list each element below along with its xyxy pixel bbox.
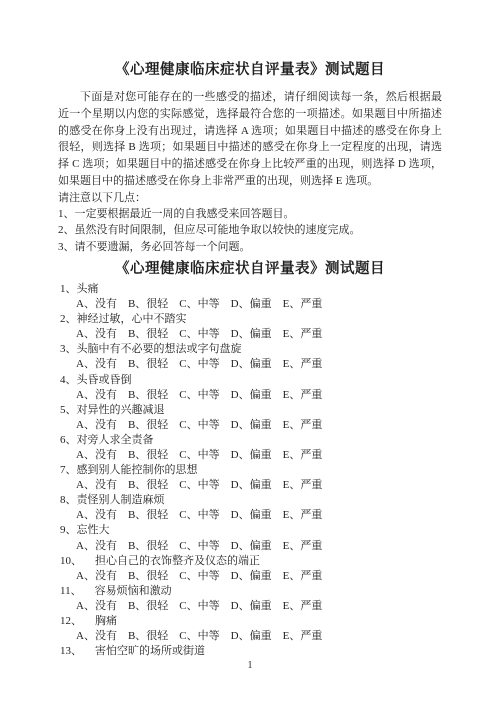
option-a: A、没有 bbox=[76, 630, 117, 642]
question-list: 1、头痛A、没有B、很轻C、中等D、偏重E、严重2、神经过敏，心中不踏实A、没有… bbox=[58, 282, 442, 659]
intro-paragraph: 下面是对您可能存在的一些感受的描述，请仔细阅读每一条，然后根据最近一个星期以内您… bbox=[58, 89, 442, 190]
option-c: C、中等 bbox=[179, 540, 219, 552]
question-item: 11、容易烦恼和激动 bbox=[58, 584, 442, 599]
option-e: E、严重 bbox=[283, 419, 323, 431]
option-a: A、没有 bbox=[76, 479, 117, 491]
option-b: B、很轻 bbox=[128, 570, 168, 582]
question-number: 8、 bbox=[60, 493, 77, 508]
options-row: A、没有B、很轻C、中等D、偏重E、严重 bbox=[58, 418, 442, 433]
option-d: D、偏重 bbox=[231, 540, 272, 552]
question-item: 9、忘性大 bbox=[58, 523, 442, 538]
question-text: 头脑中有不必要的想法或字句盘旋 bbox=[77, 343, 242, 355]
question-text: 头痛 bbox=[77, 283, 99, 295]
option-b: B、很轻 bbox=[128, 328, 168, 340]
option-d: D、偏重 bbox=[231, 509, 272, 521]
option-c: C、中等 bbox=[179, 449, 219, 461]
option-b: B、很轻 bbox=[128, 630, 168, 642]
option-b: B、很轻 bbox=[128, 600, 168, 612]
question-text: 头昏或昏倒 bbox=[77, 374, 132, 386]
option-a: A、没有 bbox=[76, 419, 117, 431]
options-row: A、没有B、很轻C、中等D、偏重E、严重 bbox=[58, 327, 442, 342]
question-item: 12、胸痛 bbox=[58, 614, 442, 629]
option-e: E、严重 bbox=[283, 630, 323, 642]
option-a: A、没有 bbox=[76, 570, 117, 582]
question-number: 6、 bbox=[60, 433, 77, 448]
option-b: B、很轻 bbox=[128, 298, 168, 310]
options-row: A、没有B、很轻C、中等D、偏重E、严重 bbox=[58, 448, 442, 463]
notes-list: 1、一定要根据最近一周的自我感受来回答题目。2、虽然没有时间限制，但应尽可能地争… bbox=[58, 206, 442, 255]
options-row: A、没有B、很轻C、中等D、偏重E、严重 bbox=[58, 599, 442, 614]
question-text: 责怪别人制造麻烦 bbox=[77, 494, 165, 506]
question-text: 胸痛 bbox=[95, 615, 117, 627]
options-row: A、没有B、很轻C、中等D、偏重E、严重 bbox=[58, 388, 442, 403]
option-b: B、很轻 bbox=[128, 479, 168, 491]
question-text: 忘性大 bbox=[77, 524, 110, 536]
option-a: A、没有 bbox=[76, 389, 117, 401]
question-text: 害怕空旷的场所或街道 bbox=[95, 645, 205, 657]
option-b: B、很轻 bbox=[128, 449, 168, 461]
option-a: A、没有 bbox=[76, 449, 117, 461]
option-d: D、偏重 bbox=[231, 600, 272, 612]
question-text: 感到别人能控制你的思想 bbox=[77, 464, 198, 476]
option-e: E、严重 bbox=[283, 358, 323, 370]
question-item: 8、责怪别人制造麻烦 bbox=[58, 493, 442, 508]
question-item: 13、害怕空旷的场所或街道 bbox=[58, 644, 442, 659]
note-item: 2、虽然没有时间限制，但应尽可能地争取以较快的速度完成。 bbox=[58, 222, 442, 238]
question-text: 对异性的兴趣减退 bbox=[77, 404, 165, 416]
options-row: A、没有B、很轻C、中等D、偏重E、严重 bbox=[58, 539, 442, 554]
option-b: B、很轻 bbox=[128, 540, 168, 552]
option-a: A、没有 bbox=[76, 540, 117, 552]
option-d: D、偏重 bbox=[231, 389, 272, 401]
option-c: C、中等 bbox=[179, 358, 219, 370]
option-c: C、中等 bbox=[179, 328, 219, 340]
option-d: D、偏重 bbox=[231, 358, 272, 370]
option-e: E、严重 bbox=[283, 600, 323, 612]
option-a: A、没有 bbox=[76, 298, 117, 310]
option-c: C、中等 bbox=[179, 479, 219, 491]
question-number: 9、 bbox=[60, 523, 77, 538]
question-text: 对旁人求全责备 bbox=[77, 434, 154, 446]
question-number: 12、 bbox=[60, 614, 82, 629]
question-item: 10、担心自己的衣饰整齐及仪态的端正 bbox=[58, 554, 442, 569]
question-item: 4、头昏或昏倒 bbox=[58, 373, 442, 388]
question-item: 2、神经过敏，心中不踏实 bbox=[58, 312, 442, 327]
question-number: 5、 bbox=[60, 403, 77, 418]
option-a: A、没有 bbox=[76, 358, 117, 370]
option-e: E、严重 bbox=[283, 509, 323, 521]
question-item: 1、头痛 bbox=[58, 282, 442, 297]
option-c: C、中等 bbox=[179, 630, 219, 642]
option-b: B、很轻 bbox=[128, 358, 168, 370]
option-e: E、严重 bbox=[283, 298, 323, 310]
question-number: 4、 bbox=[60, 373, 77, 388]
option-d: D、偏重 bbox=[231, 449, 272, 461]
option-c: C、中等 bbox=[179, 389, 219, 401]
question-number: 11、 bbox=[60, 584, 82, 599]
option-e: E、严重 bbox=[283, 570, 323, 582]
option-a: A、没有 bbox=[76, 328, 117, 340]
options-row: A、没有B、很轻C、中等D、偏重E、严重 bbox=[58, 297, 442, 312]
note-item: 1、一定要根据最近一周的自我感受来回答题目。 bbox=[58, 206, 442, 222]
option-e: E、严重 bbox=[283, 479, 323, 491]
question-item: 6、对旁人求全责备 bbox=[58, 433, 442, 448]
question-number: 7、 bbox=[60, 463, 77, 478]
option-a: A、没有 bbox=[76, 509, 117, 521]
note-item: 3、请不要遗漏，务必回答每一个问题。 bbox=[58, 239, 442, 255]
question-item: 5、对异性的兴趣减退 bbox=[58, 403, 442, 418]
option-c: C、中等 bbox=[179, 570, 219, 582]
option-e: E、严重 bbox=[283, 449, 323, 461]
question-number: 10、 bbox=[60, 554, 82, 569]
option-a: A、没有 bbox=[76, 600, 117, 612]
option-e: E、严重 bbox=[283, 389, 323, 401]
option-c: C、中等 bbox=[179, 509, 219, 521]
option-c: C、中等 bbox=[179, 298, 219, 310]
page-number: 1 bbox=[58, 660, 442, 671]
options-row: A、没有B、很轻C、中等D、偏重E、严重 bbox=[58, 629, 442, 644]
option-c: C、中等 bbox=[179, 600, 219, 612]
option-d: D、偏重 bbox=[231, 479, 272, 491]
section-title: 《心理健康临床症状自评量表》测试题目 bbox=[58, 259, 442, 279]
notes-section: 请注意以下几点： 1、一定要根据最近一周的自我感受来回答题目。2、虽然没有时间限… bbox=[58, 190, 442, 255]
option-d: D、偏重 bbox=[231, 419, 272, 431]
option-d: D、偏重 bbox=[231, 570, 272, 582]
question-number: 3、 bbox=[60, 342, 77, 357]
question-number: 2、 bbox=[60, 312, 77, 327]
option-d: D、偏重 bbox=[231, 630, 272, 642]
document-page: 《心理健康临床症状自评量表》测试题目 下面是对您可能存在的一些感受的描述，请仔细… bbox=[0, 0, 500, 707]
question-number: 1、 bbox=[60, 282, 77, 297]
question-item: 3、头脑中有不必要的想法或字句盘旋 bbox=[58, 342, 442, 357]
question-text: 容易烦恼和激动 bbox=[95, 585, 172, 597]
notes-heading: 请注意以下几点： bbox=[58, 190, 442, 206]
options-row: A、没有B、很轻C、中等D、偏重E、严重 bbox=[58, 569, 442, 584]
options-row: A、没有B、很轻C、中等D、偏重E、严重 bbox=[58, 478, 442, 493]
option-d: D、偏重 bbox=[231, 328, 272, 340]
option-c: C、中等 bbox=[179, 419, 219, 431]
option-e: E、严重 bbox=[283, 328, 323, 340]
option-b: B、很轻 bbox=[128, 389, 168, 401]
question-text: 担心自己的衣饰整齐及仪态的端正 bbox=[95, 555, 260, 567]
document-title: 《心理健康临床症状自评量表》测试题目 bbox=[58, 60, 442, 80]
option-d: D、偏重 bbox=[231, 298, 272, 310]
question-number: 13、 bbox=[60, 644, 82, 659]
question-text: 神经过敏，心中不踏实 bbox=[77, 313, 187, 325]
option-b: B、很轻 bbox=[128, 419, 168, 431]
option-e: E、严重 bbox=[283, 540, 323, 552]
options-row: A、没有B、很轻C、中等D、偏重E、严重 bbox=[58, 357, 442, 372]
question-item: 7、感到别人能控制你的思想 bbox=[58, 463, 442, 478]
options-row: A、没有B、很轻C、中等D、偏重E、严重 bbox=[58, 508, 442, 523]
option-b: B、很轻 bbox=[128, 509, 168, 521]
